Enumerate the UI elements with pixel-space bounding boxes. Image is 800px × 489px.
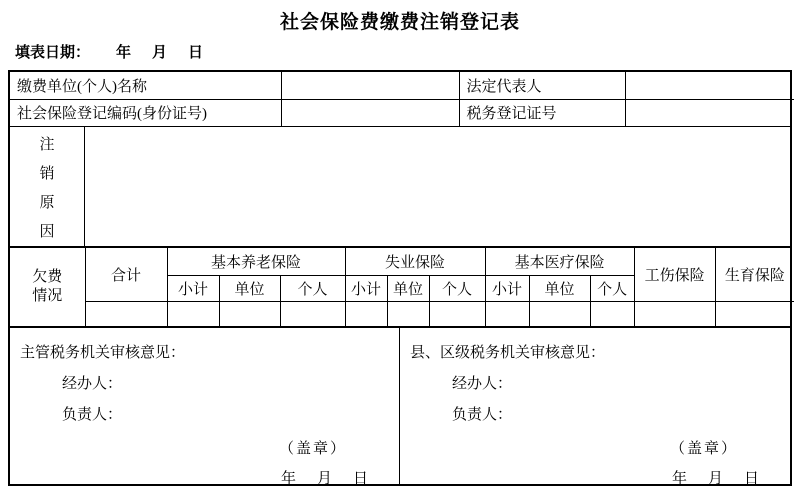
- unemployment-subtotal-field[interactable]: [345, 301, 387, 326]
- handler-label: 经办人：: [62, 372, 399, 393]
- unemployment-individual-header: 个人: [429, 275, 485, 301]
- handler-label: 经办人：: [452, 372, 790, 393]
- pension-subtotal-header: 小计: [167, 275, 219, 301]
- table-row: 缴费单位(个人)名称 法定代表人: [10, 72, 794, 99]
- medical-employer-header: 单位: [529, 275, 590, 301]
- tax-authority-opinion-panel[interactable]: 主管税务机关审核意见： 经办人： 负责人： （盖章） 年 月 日: [10, 328, 400, 484]
- arrears-row-label: 欠费 情况: [10, 248, 85, 326]
- tax-registration-label: 税务登记证号: [459, 99, 625, 126]
- injury-header: 工伤保险: [634, 248, 715, 301]
- tax-registration-field[interactable]: [625, 99, 794, 126]
- seal-label: （盖章）: [20, 437, 399, 458]
- fill-date-line: 填表日期：年月日: [15, 41, 800, 61]
- arrears-section: 欠费 情况 合计 基本养老保险 失业保险 基本医疗保险 工伤保险 生育保险 小计…: [10, 248, 790, 328]
- medical-employer-field[interactable]: [529, 301, 590, 326]
- unemployment-group-header: 失业保险: [345, 248, 485, 275]
- table-row: 欠费 情况 合计 基本养老保险 失业保险 基本医疗保险 工伤保险 生育保险: [10, 248, 794, 275]
- form-title: 社会保险费缴费注销登记表: [0, 0, 800, 34]
- maternity-field[interactable]: [715, 301, 794, 326]
- fill-date-day: 日: [188, 45, 203, 61]
- medical-group-header: 基本医疗保险: [485, 248, 634, 275]
- total-field[interactable]: [85, 301, 167, 326]
- pension-individual-header: 个人: [280, 275, 345, 301]
- opinion-title: 主管税务机关审核意见：: [20, 341, 399, 362]
- opinion-date-label: 年 月 日: [20, 467, 399, 488]
- unemployment-employer-field[interactable]: [387, 301, 429, 326]
- medical-subtotal-field[interactable]: [485, 301, 529, 326]
- pension-group-header: 基本养老保险: [167, 248, 345, 275]
- county-tax-authority-opinion-panel[interactable]: 县、区级税务机关审核意见： 经办人： 负责人： （盖章） 年 月 日: [400, 328, 790, 484]
- pension-employer-header: 单位: [219, 275, 280, 301]
- info-section: 缴费单位(个人)名称 法定代表人 社会保险登记编码(身份证号) 税务登记证号: [10, 72, 790, 127]
- unemployment-individual-field[interactable]: [429, 301, 485, 326]
- maternity-header: 生育保险: [715, 248, 794, 301]
- opinion-date-label: 年 月 日: [410, 467, 790, 488]
- fill-date-month: 月: [152, 45, 167, 61]
- pension-individual-field[interactable]: [280, 301, 345, 326]
- form-page: 社会保险费缴费注销登记表 填表日期：年月日 缴费单位(个人)名称 法定代表人 社…: [0, 0, 800, 489]
- table-row: [10, 301, 794, 326]
- social-insurance-code-label: 社会保险登记编码(身份证号): [10, 99, 281, 126]
- chief-label: 负责人：: [452, 403, 790, 424]
- injury-field[interactable]: [634, 301, 715, 326]
- medical-individual-header: 个人: [590, 275, 634, 301]
- opinions-section: 主管税务机关审核意见： 经办人： 负责人： （盖章） 年 月 日 县、区级税务机…: [10, 328, 790, 484]
- payer-name-field[interactable]: [281, 72, 459, 99]
- medical-individual-field[interactable]: [590, 301, 634, 326]
- pension-subtotal-field[interactable]: [167, 301, 219, 326]
- pension-employer-field[interactable]: [219, 301, 280, 326]
- cancel-reason-label: 注 销 原 因: [10, 127, 85, 246]
- seal-label: （盖章）: [410, 437, 790, 458]
- cancel-reason-field[interactable]: [85, 127, 790, 246]
- payer-name-label: 缴费单位(个人)名称: [10, 72, 281, 99]
- unemployment-employer-header: 单位: [387, 275, 429, 301]
- chief-label: 负责人：: [62, 403, 399, 424]
- fill-date-label: 填表日期：: [15, 45, 90, 61]
- cancel-reason-section: 注 销 原 因: [10, 127, 790, 248]
- registration-form-table: 缴费单位(个人)名称 法定代表人 社会保险登记编码(身份证号) 税务登记证号 注…: [8, 70, 792, 486]
- fill-date-year: 年: [116, 45, 131, 61]
- info-table: 缴费单位(个人)名称 法定代表人 社会保险登记编码(身份证号) 税务登记证号: [10, 72, 794, 126]
- legal-representative-field[interactable]: [625, 72, 794, 99]
- legal-representative-label: 法定代表人: [459, 72, 625, 99]
- arrears-table: 欠费 情况 合计 基本养老保险 失业保险 基本医疗保险 工伤保险 生育保险 小计…: [10, 248, 794, 326]
- medical-subtotal-header: 小计: [485, 275, 529, 301]
- social-insurance-code-field[interactable]: [281, 99, 459, 126]
- unemployment-subtotal-header: 小计: [345, 275, 387, 301]
- total-header: 合计: [85, 248, 167, 301]
- opinion-title: 县、区级税务机关审核意见：: [410, 341, 790, 362]
- table-row: 社会保险登记编码(身份证号) 税务登记证号: [10, 99, 794, 126]
